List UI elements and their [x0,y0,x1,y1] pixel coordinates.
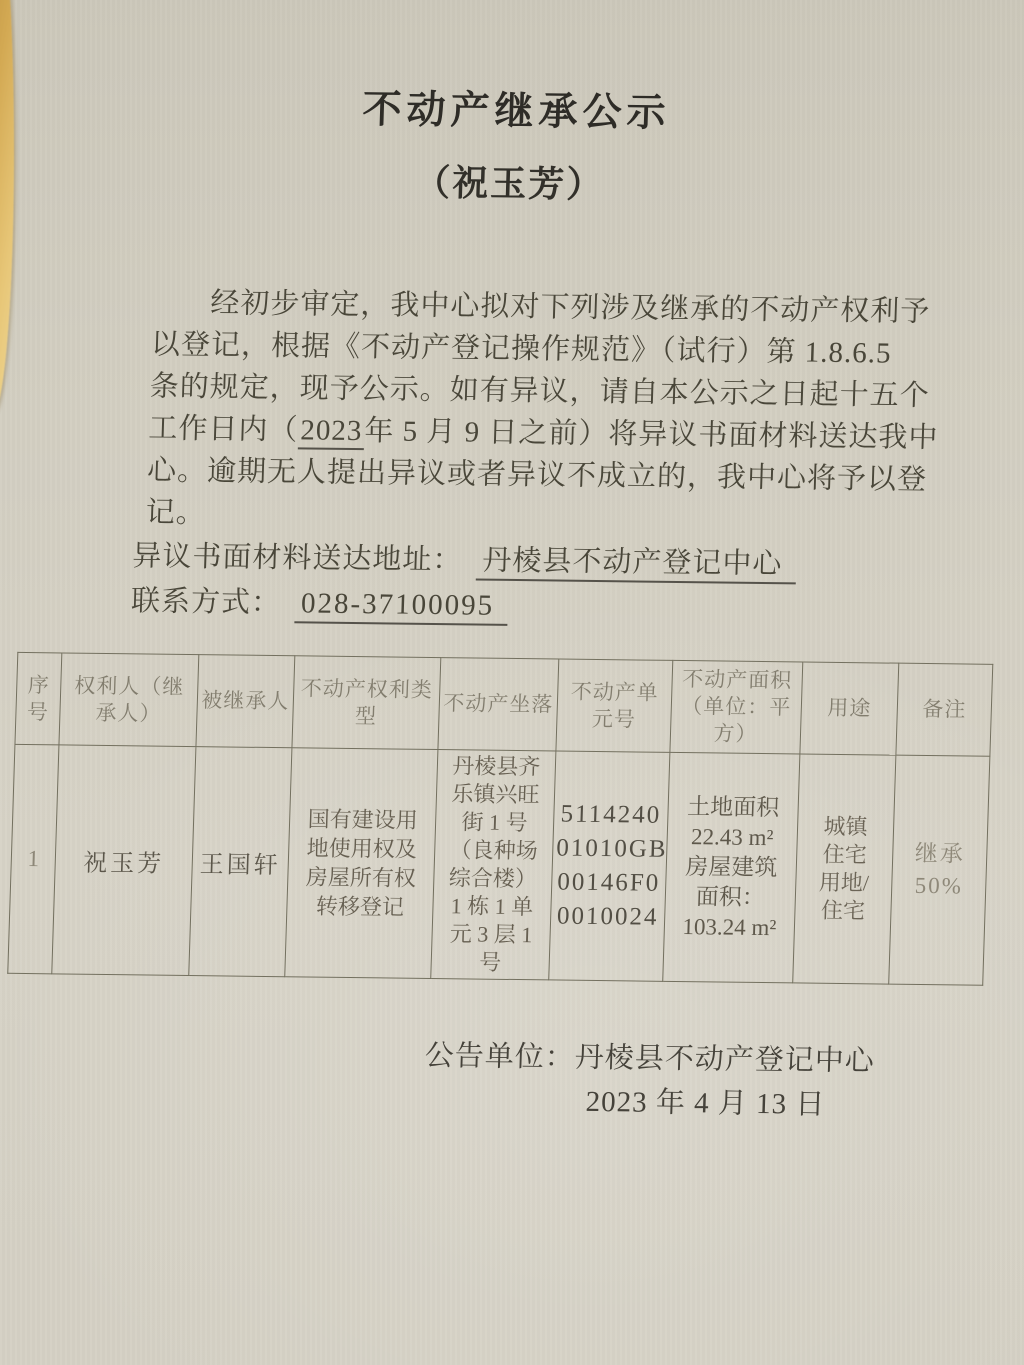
cell-decedent-name: 王国轩 [189,747,292,977]
deadline-pre-text: 工作日内（ [148,412,299,446]
col-header-seq: 序号 [15,652,62,745]
table-header-row: 序号 权利人（继承人） 被继承人 不动产权利类型 不动产坐落 不动产单元号 不动… [15,652,993,756]
deadline-year-underlined: 2023 [298,414,365,450]
objection-address-line: 异议书面材料送达地址：丹棱县不动产登记中心 [132,533,797,582]
col-header-remark: 备注 [896,663,993,756]
contact-label: 联系方式： [130,585,281,619]
deadline-post-text: 年 5 月 9 日之前）将异议书面材料送达我中 [364,415,939,454]
col-header-unit-no: 不动产单元号 [556,659,673,752]
cell-unit-number: 511424001010GB00146F00010024 [549,751,670,981]
cell-seq: 1 [8,744,59,973]
contact-line: 联系方式：028-37100095 [130,578,508,624]
cell-property-location: 丹棱县齐乐镇兴旺街 1 号（良种场综合楼）1 栋 1 单元 3 层 1号 [431,750,556,980]
page-subtitle: （祝玉芳） [0,150,1024,214]
issue-date-line: 2023 年 4 月 13 日 [0,1071,874,1123]
footer-block: 公告单位：丹棱县不动产登记中心 2023 年 4 月 13 日 [0,1027,875,1123]
issuing-office-line: 公告单位：丹棱县不动产登记中心 [0,1027,875,1079]
cell-right-type: 国有建设用地使用权及房屋所有权转移登记 [285,748,438,979]
objection-address-label: 异议书面材料送达地址： [132,540,463,576]
objection-address-value: 丹棱县不动产登记中心 [476,545,797,585]
notice-paragraph: 经初步审定，我中心拟对下列涉及继承的不动产权利予 以登记，根据《不动产登记操作规… [145,282,923,543]
photo-of-document: 不动产继承公示 （祝玉芳） 经初步审定，我中心拟对下列涉及继承的不动产权利予 以… [0,0,1024,1365]
cell-usage: 城镇住宅用地/住宅 [793,754,896,984]
col-header-location: 不动产坐落 [438,658,559,751]
property-notice-table: 序号 权利人（继承人） 被继承人 不动产权利类型 不动产坐落 不动产单元号 不动… [7,652,993,986]
col-header-right-type: 不动产权利类型 [292,656,441,750]
table-row: 1 祝玉芳 王国轩 国有建设用地使用权及房屋所有权转移登记 丹棱县齐乐镇兴旺街 … [8,744,990,985]
paper-sheet: 不动产继承公示 （祝玉芳） 经初步审定，我中心拟对下列涉及继承的不动产权利予 以… [0,0,1024,1365]
col-header-usage: 用途 [800,662,899,755]
cell-remark: 继承50% [889,755,990,985]
contact-phone-number: 028-37100095 [294,587,508,626]
page-title: 不动产继承公示 [0,74,1024,143]
col-header-decedent: 被继承人 [196,655,295,748]
col-header-heir: 权利人（继承人） [59,653,199,747]
col-header-area: 不动产面积（单位：平方） [670,660,803,754]
cell-area: 土地面积22.43 m²房屋建筑面积：103.24 m² [663,752,800,983]
cell-heir-name: 祝玉芳 [52,745,196,976]
